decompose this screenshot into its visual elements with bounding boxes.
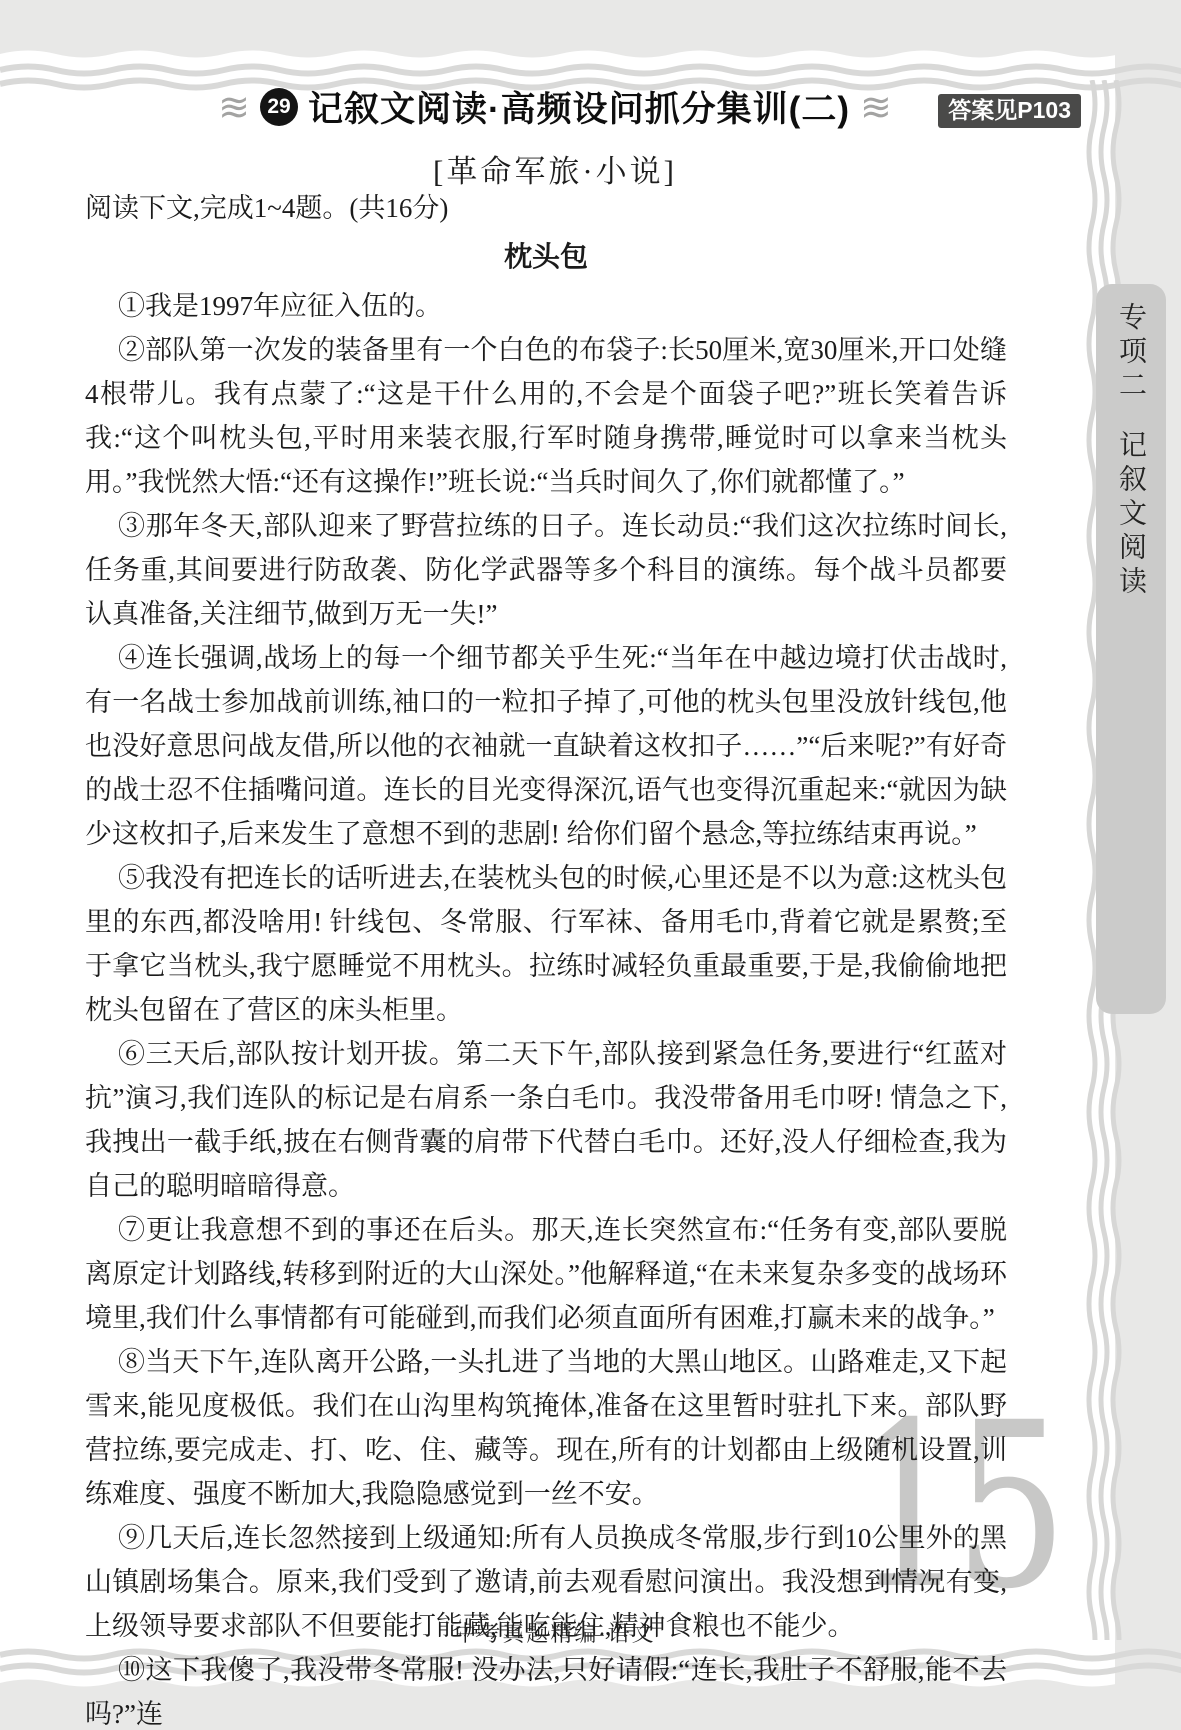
page-title: 记叙文阅读·高频设问抓分集训(二) [308, 82, 850, 132]
sidebar-section-label: 专项二 [1111, 302, 1151, 404]
book-footer-title: 中考真题精编·语文 [0, 1612, 1110, 1656]
article-paragraph: ①我是1997年应征入伍的。 [85, 284, 1007, 328]
article-paragraph: ③那年冬天,部队迎来了野营拉练的日子。连长动员:“我们这次拉练时间长,任务重,其… [85, 504, 1007, 636]
sidebar-section-sublabel: 记叙文阅读 [1111, 430, 1151, 600]
article-title: 枕头包 [85, 236, 1007, 280]
article-body: 阅读下文,完成1~4题。(共16分) 枕头包 ①我是1997年应征入伍的。 ②部… [85, 186, 1007, 1730]
answer-reference-badge: 答案见P103 [938, 94, 1081, 128]
sidebar-section-tab: 专项二 记叙文阅读 [1096, 284, 1166, 1014]
triple-wave-icon: ≋ [218, 88, 250, 126]
article-paragraph: ⑥三天后,部队按计划开拔。第二天下午,部队接到紧急任务,要进行“红蓝对抗”演习,… [85, 1032, 1007, 1208]
triple-wave-icon: ≋ [860, 88, 892, 126]
article-paragraph: ⑧当天下午,连队离开公路,一头扎进了当地的大黑山地区。山路难走,又下起雪来,能见… [85, 1340, 1007, 1516]
article-paragraph: ⑩这下我傻了,我没带冬常服! 没办法,只好请假:“连长,我肚子不舒服,能不去吗?… [85, 1648, 1007, 1730]
article-paragraph: ②部队第一次发的装备里有一个白色的布袋子:长50厘米,宽30厘米,开口处缝4根带… [85, 328, 1007, 504]
lesson-number-badge: 29 [260, 88, 298, 126]
genre-tag: [革命军旅·小说] [0, 146, 1110, 191]
article-paragraph: ④连长强调,战场上的每一个细节都关乎生死:“当年在中越边境打伏击战时,有一名战士… [85, 636, 1007, 856]
exercise-instruction: 阅读下文,完成1~4题。(共16分) [85, 186, 1007, 230]
article-paragraph: ⑤我没有把连长的话听进去,在装枕头包的时候,心里还是不以为意:这枕头包里的东西,… [85, 856, 1007, 1032]
article-paragraph: ⑦更让我意想不到的事还在后头。那天,连长突然宣布:“任务有变,部队要脱离原定计划… [85, 1208, 1007, 1340]
